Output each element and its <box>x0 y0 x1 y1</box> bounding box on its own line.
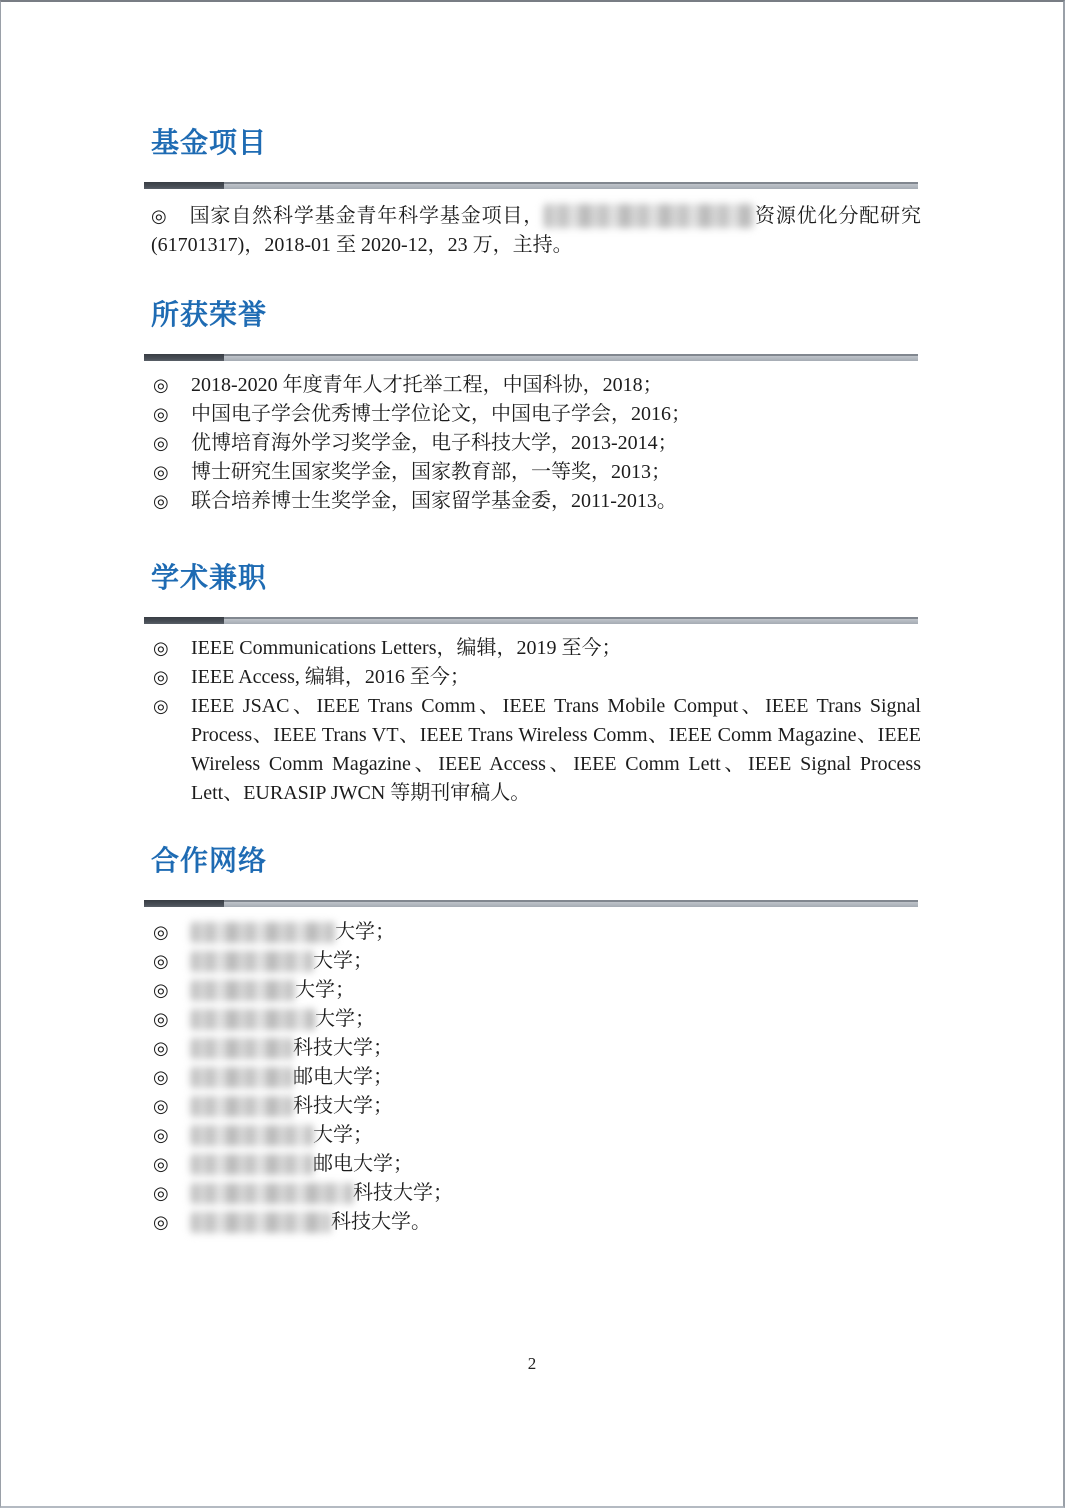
network-item: 大学； <box>191 976 921 1005</box>
network-item-suffix: 大学； <box>313 1124 373 1146</box>
list-item: ◎大学； <box>151 918 921 947</box>
list-item: ◎科技大学； <box>151 1092 921 1121</box>
document-page: { "bullet": "◎", "page_number": "2", "co… <box>0 0 1065 1508</box>
redacted-text <box>191 951 313 972</box>
section-title-network: 合作网络 <box>151 844 921 878</box>
list-item: ◎联合培养博士生奖学金，国家留学基金委，2011-2013。 <box>151 487 921 516</box>
list-item: ◎科技大学。 <box>151 1208 921 1237</box>
bullet-icon: ◎ <box>151 976 191 1005</box>
bullet-icon: ◎ <box>151 206 168 227</box>
network-item-suffix: 大学； <box>295 979 355 1001</box>
redacted-text <box>191 1183 353 1204</box>
page-content: 基金项目 ◎国家自然科学基金青年科学基金项目，资源优化分配研究(61701317… <box>151 2 921 1237</box>
network-item: 大学； <box>191 918 921 947</box>
redacted-text <box>544 204 754 228</box>
list-item: ◎大学； <box>151 976 921 1005</box>
fund-item: ◎国家自然科学基金青年科学基金项目，资源优化分配研究(61701317)，201… <box>151 202 921 260</box>
redacted-text <box>191 1067 293 1088</box>
bullet-icon: ◎ <box>151 918 191 947</box>
bullet-icon: ◎ <box>151 400 191 429</box>
rule-dark-segment <box>144 900 224 907</box>
list-item: ◎优博培育海外学习奖学金，电子科技大学，2013-2014； <box>151 429 921 458</box>
redacted-text <box>191 1009 315 1030</box>
bullet-icon: ◎ <box>151 1063 191 1092</box>
honor-item-text: 2018-2020 年度青年人才托举工程，中国科协，2018； <box>191 371 921 400</box>
bullet-icon: ◎ <box>151 692 191 808</box>
bullet-icon: ◎ <box>151 634 191 663</box>
network-item: 邮电大学； <box>191 1063 921 1092</box>
fund-item-text-before: 国家自然科学基金青年科学基金项目， <box>190 205 545 227</box>
network-list: ◎大学； ◎大学； ◎大学； ◎大学； ◎科技大学； ◎邮电大学； ◎科技大学；… <box>151 918 921 1237</box>
academic-item-text: IEEE Access, 编辑，2016 至今； <box>191 663 921 692</box>
honor-item-text: 联合培养博士生奖学金，国家留学基金委，2011-2013。 <box>191 487 921 516</box>
network-item: 科技大学； <box>191 1092 921 1121</box>
bullet-icon: ◎ <box>151 1005 191 1034</box>
section-rule <box>144 900 918 907</box>
academic-item-text: IEEE Communications Letters，编辑，2019 至今； <box>191 634 921 663</box>
network-item-suffix: 科技大学； <box>353 1182 453 1204</box>
list-item: ◎科技大学； <box>151 1179 921 1208</box>
network-item-suffix: 大学； <box>335 921 395 943</box>
redacted-text <box>191 1212 331 1233</box>
redacted-text <box>191 1154 313 1175</box>
network-item-suffix: 邮电大学； <box>293 1066 393 1088</box>
network-item: 科技大学。 <box>191 1208 921 1237</box>
redacted-text <box>191 980 295 1001</box>
network-item-suffix: 科技大学； <box>293 1095 393 1117</box>
section-title-academic: 学术兼职 <box>151 561 921 595</box>
section-rule <box>144 617 918 624</box>
list-item: ◎科技大学； <box>151 1034 921 1063</box>
network-item: 大学； <box>191 1121 921 1150</box>
network-item: 科技大学； <box>191 1034 921 1063</box>
redacted-text <box>191 1096 293 1117</box>
bullet-icon: ◎ <box>151 1034 191 1063</box>
network-item: 科技大学； <box>191 1179 921 1208</box>
bullet-icon: ◎ <box>151 1179 191 1208</box>
honors-list: ◎2018-2020 年度青年人才托举工程，中国科协，2018； ◎中国电子学会… <box>151 371 921 516</box>
network-item-suffix: 邮电大学； <box>313 1153 413 1175</box>
honor-item-text: 博士研究生国家奖学金，国家教育部，一等奖，2013； <box>191 458 921 487</box>
section-rule <box>144 354 918 361</box>
bullet-icon: ◎ <box>151 947 191 976</box>
bullet-icon: ◎ <box>151 1208 191 1237</box>
redacted-text <box>191 922 335 943</box>
rule-dark-segment <box>144 617 224 624</box>
list-item: ◎IEEE Communications Letters，编辑，2019 至今； <box>151 634 921 663</box>
honor-item-text: 中国电子学会优秀博士学位论文，中国电子学会，2016； <box>191 400 921 429</box>
bullet-icon: ◎ <box>151 371 191 400</box>
bullet-icon: ◎ <box>151 487 191 516</box>
academic-list: ◎IEEE Communications Letters，编辑，2019 至今；… <box>151 634 921 808</box>
bullet-icon: ◎ <box>151 1121 191 1150</box>
page-number: 2 <box>1 1352 1063 1376</box>
list-item: ◎大学； <box>151 1005 921 1034</box>
bullet-icon: ◎ <box>151 1150 191 1179</box>
bullet-icon: ◎ <box>151 429 191 458</box>
list-item: ◎博士研究生国家奖学金，国家教育部，一等奖，2013； <box>151 458 921 487</box>
bullet-icon: ◎ <box>151 1092 191 1121</box>
section-title-honors: 所获荣誉 <box>151 298 921 332</box>
redacted-text <box>191 1125 313 1146</box>
rule-dark-segment <box>144 354 224 361</box>
list-item: ◎邮电大学； <box>151 1063 921 1092</box>
network-item-suffix: 大学； <box>313 950 373 972</box>
redacted-text <box>191 1038 293 1059</box>
rule-dark-segment <box>144 182 224 189</box>
network-item: 邮电大学； <box>191 1150 921 1179</box>
list-item: ◎2018-2020 年度青年人才托举工程，中国科协，2018； <box>151 371 921 400</box>
list-item: ◎IEEE Access, 编辑，2016 至今； <box>151 663 921 692</box>
list-item: ◎IEEE JSAC、IEEE Trans Comm、IEEE Trans Mo… <box>151 692 921 808</box>
honor-item-text: 优博培育海外学习奖学金，电子科技大学，2013-2014； <box>191 429 921 458</box>
academic-item-text: IEEE JSAC、IEEE Trans Comm、IEEE Trans Mob… <box>191 692 921 808</box>
list-item: ◎邮电大学； <box>151 1150 921 1179</box>
network-item-suffix: 科技大学； <box>293 1037 393 1059</box>
network-item-suffix: 大学； <box>315 1008 375 1030</box>
section-title-fund: 基金项目 <box>151 126 921 160</box>
network-item: 大学； <box>191 1005 921 1034</box>
list-item: ◎大学； <box>151 947 921 976</box>
network-item-suffix: 科技大学。 <box>331 1211 431 1233</box>
bullet-icon: ◎ <box>151 458 191 487</box>
bullet-icon: ◎ <box>151 663 191 692</box>
list-item: ◎大学； <box>151 1121 921 1150</box>
network-item: 大学； <box>191 947 921 976</box>
section-rule <box>144 182 918 189</box>
list-item: ◎中国电子学会优秀博士学位论文，中国电子学会，2016； <box>151 400 921 429</box>
